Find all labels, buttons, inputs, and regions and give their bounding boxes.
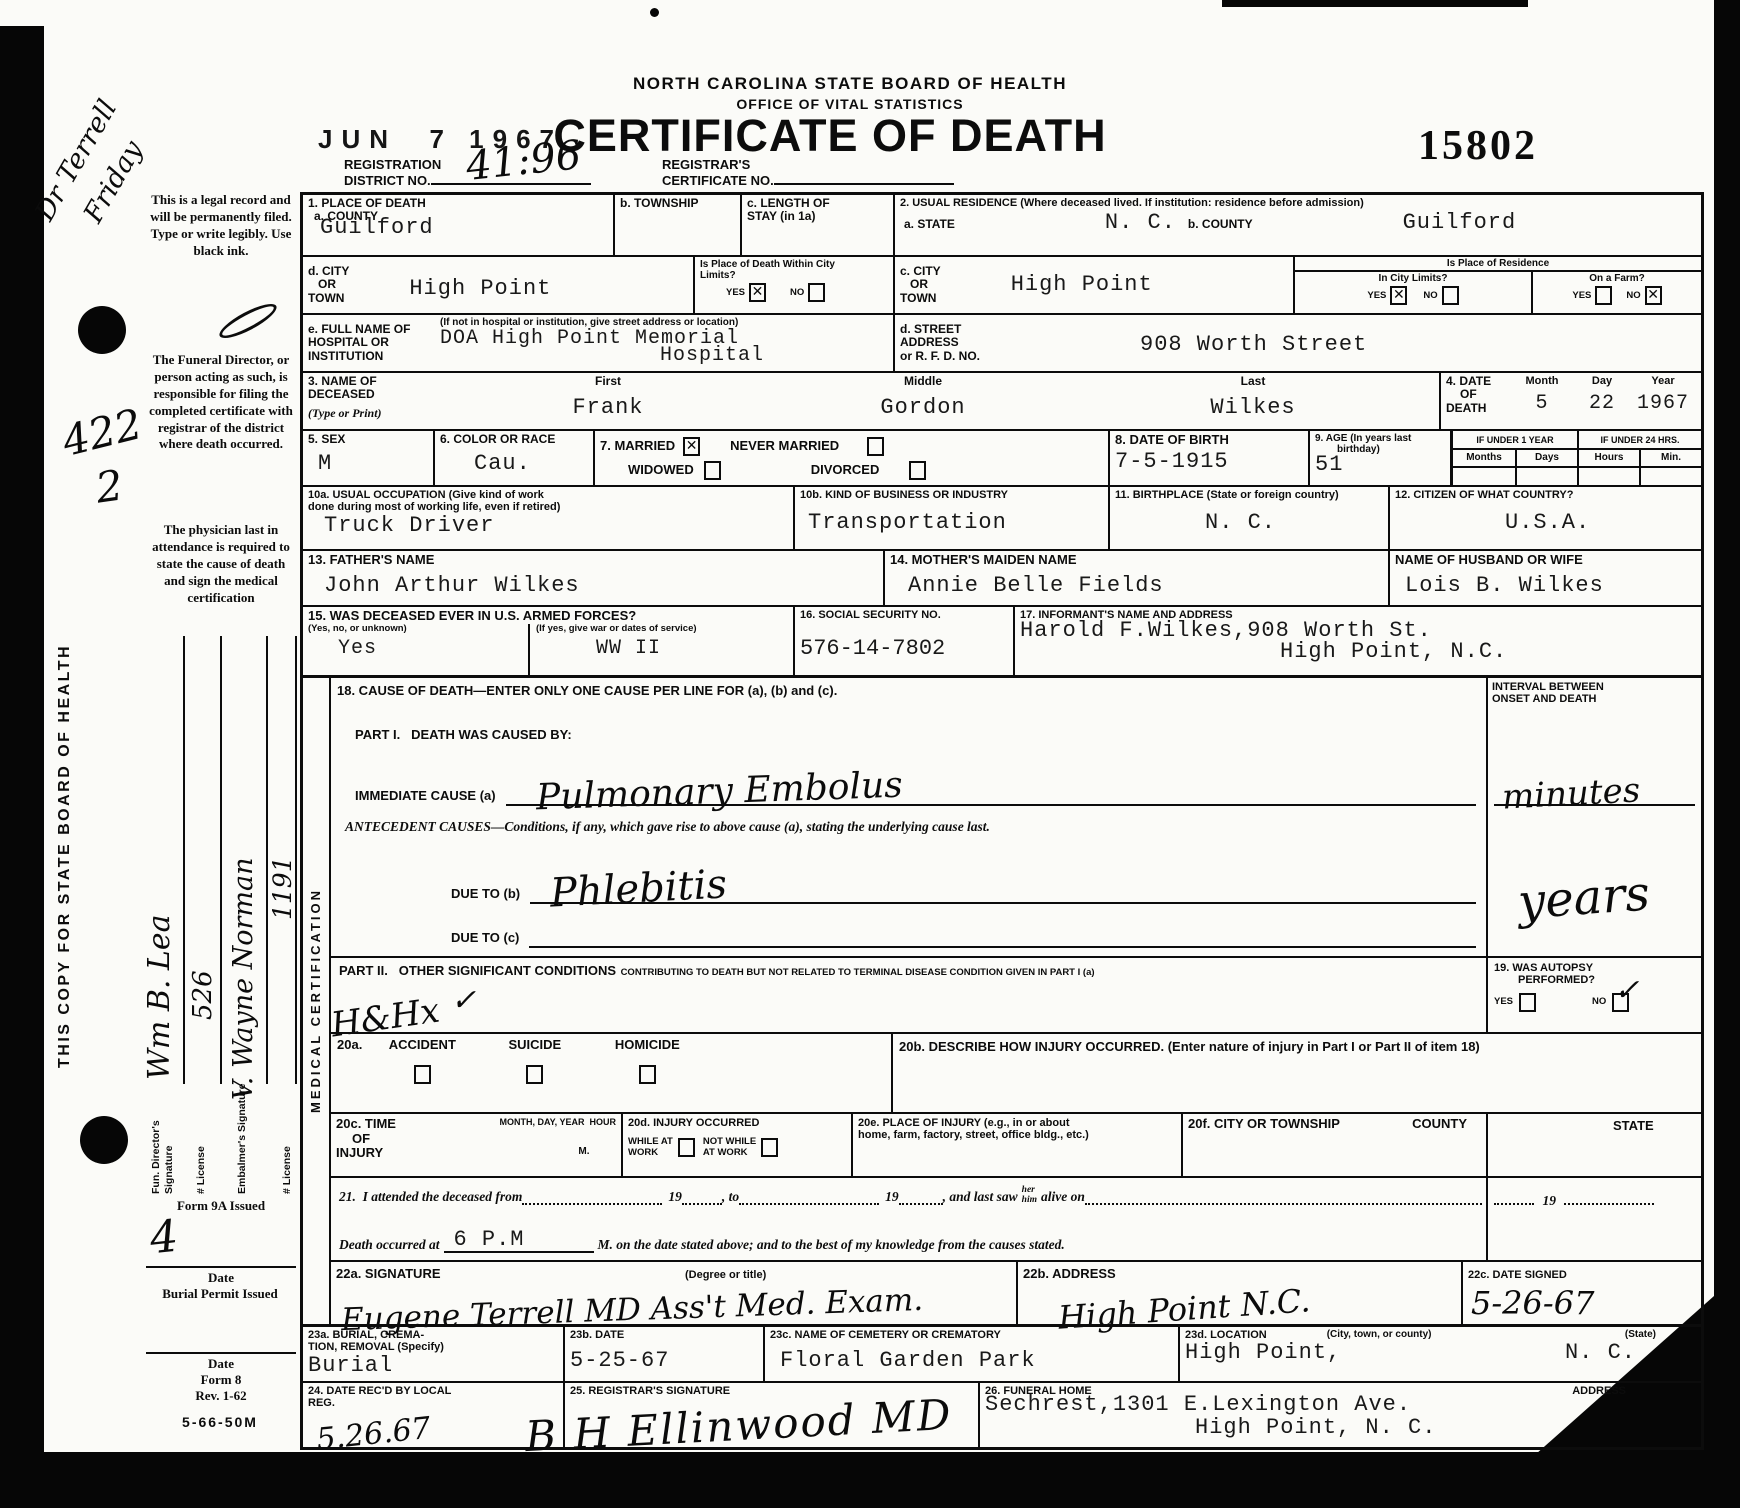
row-registrar: 24. DATE REC'D BY LOCAL REG. 5.26.67 25.… bbox=[303, 1381, 1701, 1447]
armed-value1: Yes bbox=[338, 638, 528, 659]
field-time-of-injury: 20c. TIME OF INJURYM. MONTH, DAY, YEAR H… bbox=[331, 1114, 621, 1176]
burial-permit-date-line bbox=[146, 1352, 296, 1354]
death-occurred-pre: Death occurred at bbox=[339, 1237, 440, 1253]
industry-label: 10b. KIND OF BUSINESS OR INDUSTRY bbox=[800, 489, 1103, 501]
last-name-label: Last bbox=[1088, 375, 1418, 388]
autopsy-label2: PERFORMED? bbox=[1518, 974, 1695, 986]
armed-forces-label: 15. WAS DECEASED EVER IN U.S. ARMED FORC… bbox=[308, 609, 793, 624]
death-limits-no-label: NO bbox=[790, 288, 804, 299]
attended-blank3 bbox=[739, 1192, 879, 1205]
father-label: 13. FATHER'S NAME bbox=[308, 553, 878, 568]
field-accident-suicide-homicide: 20a. ACCIDENT SUICIDE HOMICIDE bbox=[331, 1034, 891, 1112]
field-township: b. TOWNSHIP bbox=[613, 195, 740, 255]
row-20ab: 20a. ACCIDENT SUICIDE HOMICIDE 20b. DESC… bbox=[331, 1032, 1701, 1112]
death-limits-label2: Limits? bbox=[700, 270, 888, 281]
residence-state-label: a. STATE bbox=[904, 218, 955, 231]
residence-city-label1: c. CITY bbox=[900, 265, 941, 278]
part2-checkmark: ✓ bbox=[451, 983, 476, 1018]
year-value: 1967 bbox=[1630, 393, 1696, 414]
attended-pre: 21. I attended the deceased from bbox=[339, 1189, 522, 1205]
homicide-checkbox bbox=[639, 1065, 656, 1084]
due-to-c-label: DUE TO (c) bbox=[451, 931, 519, 946]
married-checkbox: ✕ bbox=[683, 437, 700, 456]
farm-no-checkbox: ✕ bbox=[1645, 286, 1662, 305]
residence-yes-label: YES bbox=[1367, 291, 1386, 302]
min-label: Min. bbox=[1639, 450, 1701, 466]
accident-checkbox bbox=[414, 1065, 431, 1084]
citizen-value: U.S.A. bbox=[1505, 511, 1696, 534]
row-name-datedeath: 3. NAME OF DECEASED (Type or Print) Firs… bbox=[303, 371, 1701, 429]
scan-speck bbox=[650, 8, 659, 17]
field-citizen: 12. CITIZEN OF WHAT COUNTRY? U.S.A. bbox=[1388, 487, 1701, 549]
farm-yes-checkbox bbox=[1595, 286, 1612, 305]
birthplace-label: 11. BIRTHPLACE (State or foreign country… bbox=[1115, 489, 1383, 501]
ssn-value: 576-14-7802 bbox=[800, 637, 1008, 660]
burial-state-value: N. C. bbox=[1565, 1341, 1636, 1364]
attended-19a: 19 bbox=[668, 1189, 682, 1205]
divorced-checkbox bbox=[909, 461, 926, 480]
field-sex: 5. SEX M bbox=[303, 431, 433, 485]
suicide-label: SUICIDE bbox=[482, 1038, 587, 1053]
never-married-label: NEVER MARRIED bbox=[730, 439, 839, 454]
cause-of-death-label: 18. CAUSE OF DEATH—ENTER ONLY ONE CAUSE … bbox=[337, 683, 837, 698]
homicide-label: HOMICIDE bbox=[587, 1038, 707, 1053]
township-label: b. TOWNSHIP bbox=[620, 197, 735, 210]
not-at-work-label2: AT WORK bbox=[703, 1148, 756, 1159]
hospital-value-line2: Hospital bbox=[660, 345, 888, 366]
field-hospital: e. FULL NAME OF HOSPITAL OR INSTITUTION … bbox=[303, 315, 893, 371]
pen-margin-note: Dr Terrell Friday bbox=[24, 92, 166, 251]
row-place-residence-top: 1. PLACE OF DEATH a. COUNTY Guilford b. … bbox=[303, 195, 1701, 255]
field-age: 9. AGE (In years last birthday) 51 bbox=[1308, 431, 1450, 485]
embalmer-signature-value: V. Wayne Norman bbox=[228, 640, 259, 1100]
injury-city-label: 20f. CITY OR TOWNSHIP bbox=[1188, 1117, 1340, 1173]
farm-yes-label: YES bbox=[1572, 291, 1591, 302]
stay-label-line2: STAY (in 1a) bbox=[747, 210, 888, 223]
field-birthplace: 11. BIRTHPLACE (State or foreign country… bbox=[1108, 487, 1388, 549]
place-injury-label2: home, farm, factory, street, office bldg… bbox=[858, 1129, 1176, 1141]
field-burial-location: 23d. LOCATION (City, town, or county) (S… bbox=[1178, 1327, 1701, 1381]
attended-blank5 bbox=[1085, 1192, 1482, 1205]
middle-name-value: Gordon bbox=[758, 396, 1088, 419]
occupation-label2: done during most of working life, even i… bbox=[308, 501, 788, 513]
how-injury-label: 20b. DESCRIBE HOW INJURY OCCURRED. (Ente… bbox=[899, 1039, 1480, 1054]
sex-label: 5. SEX bbox=[308, 433, 428, 446]
attended-19c: 19 bbox=[1542, 1193, 1556, 1208]
cause-of-death-header-row: 18. CAUSE OF DEATH—ENTER ONLY ONE CAUSE … bbox=[331, 678, 1701, 718]
registrar-signature-value: B H Ellinwood MD bbox=[524, 1390, 954, 1461]
registrar-label-line1: REGISTRAR'S bbox=[662, 158, 954, 173]
race-label: 6. COLOR OR RACE bbox=[440, 433, 588, 446]
interval-header2: ONSET AND DEATH bbox=[1492, 693, 1697, 705]
residence-yes-checkbox: ✕ bbox=[1390, 286, 1407, 305]
race-value: Cau. bbox=[474, 452, 588, 475]
occupation-value: Truck Driver bbox=[324, 514, 788, 537]
row-20cf: 20c. TIME OF INJURYM. MONTH, DAY, YEAR H… bbox=[331, 1112, 1701, 1176]
form8-rev-label: Rev. 1-62 bbox=[146, 1388, 296, 1404]
field-injury-occurred: 20d. INJURY OCCURRED WHILE ATWORK NOT WH… bbox=[621, 1114, 851, 1176]
legal-note-2: The Funeral Director, or person acting a… bbox=[146, 352, 296, 453]
certifier-date-label: 22c. DATE SIGNED bbox=[1468, 1269, 1567, 1281]
county-value: Guilford bbox=[320, 216, 608, 239]
date-of-birth-value: 7-5-1915 bbox=[1115, 450, 1303, 473]
antecedent-label: ANTECEDENT CAUSES—Conditions, if any, wh… bbox=[345, 819, 990, 834]
accident-prefix-label: 20a. bbox=[337, 1038, 362, 1084]
fun-director-signature-label: Fun. Director's Signature bbox=[150, 1078, 182, 1194]
field-date-of-birth: 8. DATE OF BIRTH 7-5-1915 bbox=[1108, 431, 1308, 485]
autopsy-no-checkbox: ✓ bbox=[1612, 993, 1629, 1012]
immediate-cause-row: IMMEDIATE CAUSE (a) Pulmonary Embolus mi… bbox=[331, 752, 1701, 812]
citizen-label: 12. CITIZEN OF WHAT COUNTRY? bbox=[1395, 489, 1696, 501]
field-spouse: NAME OF HUSBAND OR WIFE Lois B. Wilkes bbox=[1388, 551, 1701, 605]
field-armed-forces: 15. WAS DECEASED EVER IN U.S. ARMED FORC… bbox=[303, 607, 793, 675]
hospital-label1: e. FULL NAME OF bbox=[308, 323, 440, 336]
certificate-title: CERTIFICATE OF DEATH bbox=[280, 110, 1380, 162]
medical-certification-strip: MEDICAL CERTIFICATION bbox=[303, 678, 331, 1324]
medical-certification-label: MEDICAL CERTIFICATION bbox=[309, 888, 324, 1113]
stock-number: 5-66-50M bbox=[140, 1414, 300, 1430]
embalmer-license-label: # License bbox=[282, 1078, 294, 1194]
embalmer-signature-label: Embalmer's Signature bbox=[236, 1078, 268, 1194]
under-24-hrs-header: IF UNDER 24 HRS. bbox=[1577, 431, 1701, 448]
field-cemetery: 23c. NAME OF CEMETERY OR CREMATORY Flora… bbox=[763, 1327, 1178, 1381]
funeral-home-line2: High Point, N. C. bbox=[1195, 1416, 1696, 1439]
antecedent-row: ANTECEDENT CAUSES—Conditions, if any, wh… bbox=[331, 812, 1701, 848]
burial-city-value: High Point, bbox=[1185, 1341, 1341, 1364]
field-funeral-home: 26. FUNERAL HOME ADDRESS Sechrest,1301 E… bbox=[978, 1383, 1701, 1447]
immediate-interval-value: minutes bbox=[1501, 770, 1641, 817]
burial-location-note: (City, town, or county) bbox=[1327, 1329, 1432, 1341]
interval-header1: INTERVAL BETWEEN bbox=[1492, 681, 1697, 693]
residence-no-checkbox bbox=[1442, 286, 1459, 305]
burial-permit-label: Burial Permit Issued bbox=[140, 1286, 300, 1302]
occupation-label1: 10a. USUAL OCCUPATION (Give kind of work bbox=[308, 489, 788, 501]
place-of-death-label: 1. PLACE OF DEATH bbox=[308, 197, 608, 210]
residence-state-value: N. C. bbox=[1105, 211, 1176, 234]
field-length-of-stay: c. LENGTH OF STAY (in 1a) bbox=[740, 195, 893, 255]
month-value: 5 bbox=[1510, 393, 1574, 414]
embalmer-license-value: 1191 bbox=[268, 800, 297, 920]
field-usual-residence: 2. USUAL RESIDENCE (Where deceased lived… bbox=[893, 195, 1701, 255]
registrar-label-line2: CERTIFICATE NO. bbox=[662, 173, 954, 189]
time-injury-sub: MONTH, DAY, YEAR HOUR bbox=[499, 1117, 616, 1173]
street-label3: or R. F. D. NO. bbox=[900, 350, 1030, 363]
form8-label: Form 8 bbox=[146, 1372, 296, 1388]
field-burial-date: 23b. DATE 5-25-67 bbox=[563, 1327, 763, 1381]
sex-value: M bbox=[318, 452, 428, 475]
autopsy-yes-label: YES bbox=[1494, 997, 1513, 1008]
field-death-city-limits: Is Place of Death Within City Limits? YE… bbox=[693, 257, 893, 313]
residence-place-question: Is Place of Residence bbox=[1295, 257, 1701, 272]
date-of-birth-label: 8. DATE OF BIRTH bbox=[1115, 433, 1303, 448]
place-injury-label1: 20e. PLACE OF INJURY (e.g., in or about bbox=[858, 1117, 1176, 1129]
field-occupation: 10a. USUAL OCCUPATION (Give kind of work… bbox=[303, 487, 793, 549]
middle-name-label: Middle bbox=[758, 375, 1088, 388]
stay-label-line1: c. LENGTH OF bbox=[747, 197, 888, 210]
attended-blank4 bbox=[899, 1192, 943, 1205]
widowed-checkbox bbox=[704, 461, 721, 480]
not-at-work-checkbox bbox=[761, 1138, 778, 1157]
autopsy-no-label: NO bbox=[1592, 997, 1606, 1008]
year-label: Year bbox=[1630, 375, 1696, 387]
married-label: 7. MARRIED bbox=[600, 439, 675, 454]
pen-number-2: 2 bbox=[93, 460, 126, 512]
attended-blank1 bbox=[522, 1192, 662, 1205]
row-city-town: d. CITY OR TOWN High Point Is Place of D… bbox=[303, 255, 1701, 313]
certifier-address-label: 22b. ADDRESS bbox=[1023, 1266, 1116, 1281]
punch-hole-bottom bbox=[80, 1116, 128, 1164]
first-name-label: First bbox=[458, 375, 758, 388]
fun-director-license-line bbox=[220, 636, 222, 1084]
autopsy-label1: 19. WAS AUTOPSY bbox=[1494, 962, 1695, 974]
father-value: John Arthur Wilkes bbox=[324, 574, 878, 597]
row-parents: 13. FATHER'S NAME John Arthur Wilkes 14.… bbox=[303, 549, 1701, 605]
hours-label: Hours bbox=[1577, 450, 1639, 466]
attended-right-blank1 bbox=[1494, 1192, 1534, 1205]
fun-director-signature-value: Wm B. Lea bbox=[142, 660, 177, 1080]
fun-director-license-value: 526 bbox=[188, 900, 218, 1020]
funeral-home-address-label: ADDRESS bbox=[1572, 1385, 1626, 1397]
part1-row: PART I. DEATH WAS CAUSED BY: bbox=[331, 718, 1701, 752]
field-father: 13. FATHER'S NAME John Arthur Wilkes bbox=[303, 551, 883, 605]
field-place-of-death: 1. PLACE OF DEATH a. COUNTY Guilford bbox=[303, 195, 613, 255]
medical-certification-block: MEDICAL CERTIFICATION 18. CAUSE OF DEATH… bbox=[303, 675, 1701, 1324]
name-note: (Type or Print) bbox=[308, 406, 458, 421]
under-1-year-header: IF UNDER 1 YEAR bbox=[1453, 431, 1577, 448]
field-marital-status: 7. MARRIED ✕ NEVER MARRIED WIDOWED DIVOR… bbox=[593, 431, 1108, 485]
autopsy-yes-checkbox bbox=[1519, 993, 1536, 1012]
ssn-label: 16. SOCIAL SECURITY NO. bbox=[800, 609, 1008, 621]
form9a-value: 4 bbox=[147, 1211, 180, 1265]
first-name-value: Frank bbox=[458, 396, 758, 419]
date-of-death-label2: OF bbox=[1460, 388, 1510, 401]
while-at-work-label2: WORK bbox=[628, 1148, 673, 1159]
while-at-work-checkbox bbox=[678, 1138, 695, 1157]
field-race: 6. COLOR OR RACE Cau. bbox=[433, 431, 593, 485]
part2-label: PART II. OTHER SIGNIFICANT CONDITIONS bbox=[339, 963, 616, 978]
months-label: Months bbox=[1453, 450, 1515, 466]
residence-city-label2: OR bbox=[910, 278, 941, 291]
due-to-b-label: DUE TO (b) bbox=[451, 887, 520, 902]
due-to-b-row: DUE TO (b) Phlebitis years bbox=[331, 848, 1701, 912]
field-certifier-date: 22c. DATE SIGNED 5-26-67 bbox=[1461, 1262, 1701, 1324]
residence-city-value: High Point bbox=[1011, 273, 1153, 311]
field-burial-type: 23a. BURIAL, CREMA- TION, REMOVAL (Speci… bbox=[303, 1327, 563, 1381]
death-limits-yes-mark: ✕ bbox=[752, 284, 764, 300]
residence-in-city-label: In City Limits? bbox=[1299, 273, 1527, 284]
registration-district-no-label: DISTRICT NO. bbox=[344, 173, 431, 188]
birthplace-value: N. C. bbox=[1205, 511, 1383, 534]
farm-no-mark: ✕ bbox=[1647, 287, 1659, 303]
field-residence-limits-group: Is Place of Residence In City Limits? YE… bbox=[1293, 257, 1701, 313]
board-title: NORTH CAROLINA STATE BOARD OF HEALTH bbox=[300, 74, 1400, 94]
injury-county-label: COUNTY bbox=[1412, 1117, 1467, 1173]
street-label2: ADDRESS bbox=[900, 336, 1030, 349]
death-city-label2: OR bbox=[318, 278, 349, 291]
copy-designation-text: THIS COPY FOR STATE BOARD OF HEALTH bbox=[56, 502, 74, 1068]
burial-label1: 23a. BURIAL, CREMA- bbox=[308, 1329, 558, 1341]
spouse-value: Lois B. Wilkes bbox=[1405, 574, 1696, 597]
attended-right-blank2 bbox=[1564, 1192, 1654, 1205]
row-attended: 21. I attended the deceased from 19 , to… bbox=[331, 1176, 1701, 1260]
pen-scribble bbox=[216, 298, 281, 344]
attended-him: him bbox=[1022, 1196, 1037, 1206]
field-name-of-deceased: 3. NAME OF DECEASED (Type or Print) Firs… bbox=[303, 373, 1439, 429]
date-of-death-label3: DEATH bbox=[1446, 402, 1510, 415]
last-name-value: Wilkes bbox=[1088, 396, 1418, 419]
suicide-checkbox bbox=[526, 1065, 543, 1084]
street-value: 908 Worth Street bbox=[1140, 333, 1367, 369]
death-limits-label1: Is Place of Death Within City bbox=[700, 259, 888, 270]
mother-label: 14. MOTHER'S MAIDEN NAME bbox=[890, 553, 1383, 568]
row-armed-ssn-informant: 15. WAS DECEASED EVER IN U.S. ARMED FORC… bbox=[303, 605, 1701, 675]
scan-border-right bbox=[1714, 0, 1740, 1508]
residence-county-value: Guilford bbox=[1403, 211, 1517, 234]
registrar-certificate-block: REGISTRAR'S CERTIFICATE NO. bbox=[662, 158, 954, 188]
field-residence-in-city: In City Limits? YES ✕ NO bbox=[1295, 272, 1531, 313]
day-label: Day bbox=[1574, 375, 1630, 387]
widowed-label: WIDOWED bbox=[628, 463, 694, 478]
burial-date-value: 5-25-67 bbox=[570, 1349, 758, 1372]
residence-no-label: NO bbox=[1423, 291, 1437, 302]
row-hospital-street: e. FULL NAME OF HOSPITAL OR INSTITUTION … bbox=[303, 313, 1701, 371]
field-mother: 14. MOTHER'S MAIDEN NAME Annie Belle Fie… bbox=[883, 551, 1388, 605]
registrar-certificate-line bbox=[774, 173, 954, 185]
armed-value2: WW II bbox=[596, 638, 793, 659]
cemetery-value: Floral Garden Park bbox=[780, 1349, 1173, 1372]
spouse-label: NAME OF HUSBAND OR WIFE bbox=[1395, 553, 1696, 568]
farm-question-label: On a Farm? bbox=[1537, 273, 1697, 284]
days-label: Days bbox=[1515, 450, 1577, 466]
legal-note-1: This is a legal record and will be perma… bbox=[148, 192, 294, 260]
industry-value: Transportation bbox=[808, 511, 1103, 534]
burial-permit-date-label: Date bbox=[146, 1356, 296, 1372]
day-value: 22 bbox=[1574, 393, 1630, 414]
residence-city-label3: TOWN bbox=[900, 292, 941, 305]
registrar-certificate-no-label: CERTIFICATE NO. bbox=[662, 173, 774, 188]
punch-hole-top bbox=[78, 306, 126, 354]
attended-to: , to bbox=[722, 1189, 739, 1205]
field-injury-city: 20f. CITY OR TOWNSHIP COUNTY STATE bbox=[1181, 1114, 1701, 1176]
death-certificate-scan: { "common": {"yes": "YES", "no": "NO"}, … bbox=[0, 0, 1740, 1508]
under-values-blank bbox=[1453, 468, 1701, 485]
age-label1: 9. AGE (In years last bbox=[1315, 433, 1445, 444]
field-how-injury-occurred: 20b. DESCRIBE HOW INJURY OCCURRED. (Ente… bbox=[891, 1034, 1701, 1112]
attended-alive: alive on bbox=[1041, 1189, 1085, 1205]
death-limits-yes-checkbox: ✕ bbox=[749, 283, 766, 302]
field-certifier-signature: 22a. SIGNATURE (Degree or title) Eugene … bbox=[331, 1262, 1016, 1324]
scan-border-bottom bbox=[40, 1452, 1720, 1508]
certificate-form: 1. PLACE OF DEATH a. COUNTY Guilford b. … bbox=[300, 192, 1704, 1450]
field-residence-city: c. CITY OR TOWN High Point bbox=[893, 257, 1293, 313]
field-residence-farm: On a Farm? YES NO ✕ bbox=[1531, 272, 1701, 313]
row-sex-race-marital: 5. SEX M 6. COLOR OR RACE Cau. 7. MARRIE… bbox=[303, 429, 1701, 485]
certificate-number: 15802 bbox=[1418, 122, 1538, 170]
usual-residence-label: 2. USUAL RESIDENCE (Where deceased lived… bbox=[900, 197, 1696, 209]
attended-blank2 bbox=[682, 1192, 722, 1205]
hospital-label2: HOSPITAL OR bbox=[308, 336, 440, 349]
cemetery-label: 23c. NAME OF CEMETERY OR CREMATORY bbox=[770, 1329, 1173, 1341]
death-occurred-post: M. on the date stated above; and to the … bbox=[598, 1237, 1065, 1253]
accident-label: ACCIDENT bbox=[362, 1038, 482, 1053]
scan-border-left bbox=[0, 26, 44, 1508]
due-to-c-row: DUE TO (c) bbox=[331, 912, 1701, 956]
death-time-value: 6 P.M bbox=[454, 1228, 525, 1251]
form9a-date-line bbox=[146, 1266, 296, 1268]
autopsy-no-mark: ✓ bbox=[1614, 983, 1639, 998]
immediate-cause-label: IMMEDIATE CAUSE (a) bbox=[355, 789, 496, 804]
field-certifier-address: 22b. ADDRESS High Point N.C. bbox=[1016, 1262, 1461, 1324]
armed-note1: (Yes, no, or unknown) bbox=[308, 624, 528, 635]
pen-number-422: 422 bbox=[57, 399, 147, 466]
divorced-label: DIVORCED bbox=[811, 463, 880, 478]
row-occupation: 10a. USUAL OCCUPATION (Give kind of work… bbox=[303, 485, 1701, 549]
field-place-of-injury: 20e. PLACE OF INJURY (e.g., in or about … bbox=[851, 1114, 1181, 1176]
field-ssn: 16. SOCIAL SECURITY NO. 576-14-7802 bbox=[793, 607, 1013, 675]
attended-19b: 19 bbox=[885, 1189, 899, 1205]
married-mark: ✕ bbox=[686, 438, 698, 454]
immediate-cause-value: Pulmonary Embolus bbox=[535, 765, 903, 819]
name-label1: 3. NAME OF bbox=[308, 375, 458, 388]
row-burial: 23a. BURIAL, CREMA- TION, REMOVAL (Speci… bbox=[303, 1324, 1701, 1381]
age-value: 51 bbox=[1315, 453, 1445, 476]
death-limits-yes-label: YES bbox=[726, 288, 745, 299]
certifier-signature-label: 22a. SIGNATURE bbox=[336, 1266, 441, 1281]
residence-yes-mark: ✕ bbox=[1393, 287, 1405, 303]
fun-director-signature-line bbox=[183, 636, 185, 1084]
field-registrar-signature: 25. REGISTRAR'S SIGNATURE B H Ellinwood … bbox=[563, 1383, 978, 1447]
legal-note-3: The physician last in attendance is requ… bbox=[148, 522, 294, 606]
hospital-label3: INSTITUTION bbox=[308, 350, 440, 363]
form9a-date-label: Date bbox=[146, 1270, 296, 1286]
field-informant: 17. INFORMANT'S NAME AND ADDRESS Harold … bbox=[1013, 607, 1701, 675]
street-label1: d. STREET bbox=[900, 323, 1030, 336]
part1-label: PART I. DEATH WAS CAUSED BY: bbox=[355, 727, 572, 742]
medical-certification-main: 18. CAUSE OF DEATH—ENTER ONLY ONE CAUSE … bbox=[331, 678, 1701, 1324]
residence-county-label: b. COUNTY bbox=[1188, 218, 1253, 231]
burial-label2: TION, REMOVAL (Specify) bbox=[308, 1341, 558, 1353]
part2-small-label: CONTRIBUTING TO DEATH BUT NOT RELATED TO… bbox=[621, 967, 1095, 978]
time-injury-label3: INJURY bbox=[336, 1146, 383, 1161]
death-limits-no-checkbox bbox=[808, 283, 825, 302]
row-certifier: 22a. SIGNATURE (Degree or title) Eugene … bbox=[331, 1260, 1701, 1324]
farm-no-label: NO bbox=[1626, 291, 1640, 302]
date-received-label1: 24. DATE REC'D BY LOCAL bbox=[308, 1385, 558, 1397]
part2-row: PART II. OTHER SIGNIFICANT CONDITIONS CO… bbox=[331, 956, 1701, 1032]
death-city-label1: d. CITY bbox=[308, 265, 349, 278]
date-of-death-label1: 4. DATE bbox=[1446, 375, 1510, 388]
field-death-city: d. CITY OR TOWN High Point bbox=[303, 257, 693, 313]
armed-note2: (If yes, give war or dates of service) bbox=[536, 624, 793, 635]
death-city-value: High Point bbox=[409, 277, 551, 311]
field-if-under: IF UNDER 1 YEAR IF UNDER 24 HRS. Months … bbox=[1450, 431, 1701, 485]
due-to-b-value: Phlebitis bbox=[549, 861, 728, 916]
field-street-address: d. STREET ADDRESS or R. F. D. NO. 908 Wo… bbox=[893, 315, 1701, 371]
certifier-date-value: 5-26-67 bbox=[1471, 1284, 1594, 1322]
field-industry: 10b. KIND OF BUSINESS OR INDUSTRY Transp… bbox=[793, 487, 1108, 549]
attended-saw: , and last saw bbox=[943, 1189, 1018, 1205]
injury-occurred-label: 20d. INJURY OCCURRED bbox=[628, 1117, 846, 1129]
death-city-label3: TOWN bbox=[308, 292, 349, 305]
name-label2: DECEASED bbox=[308, 388, 458, 401]
burial-value: Burial bbox=[308, 1354, 558, 1377]
informant-line2: High Point, N.C. bbox=[1280, 640, 1696, 663]
injury-state-label: STATE bbox=[1613, 1118, 1654, 1133]
burial-date-label: 23b. DATE bbox=[570, 1329, 758, 1341]
degree-title-label: (Degree or title) bbox=[685, 1269, 766, 1281]
never-married-checkbox bbox=[867, 437, 884, 456]
fun-director-license-label: # License bbox=[196, 1078, 208, 1194]
